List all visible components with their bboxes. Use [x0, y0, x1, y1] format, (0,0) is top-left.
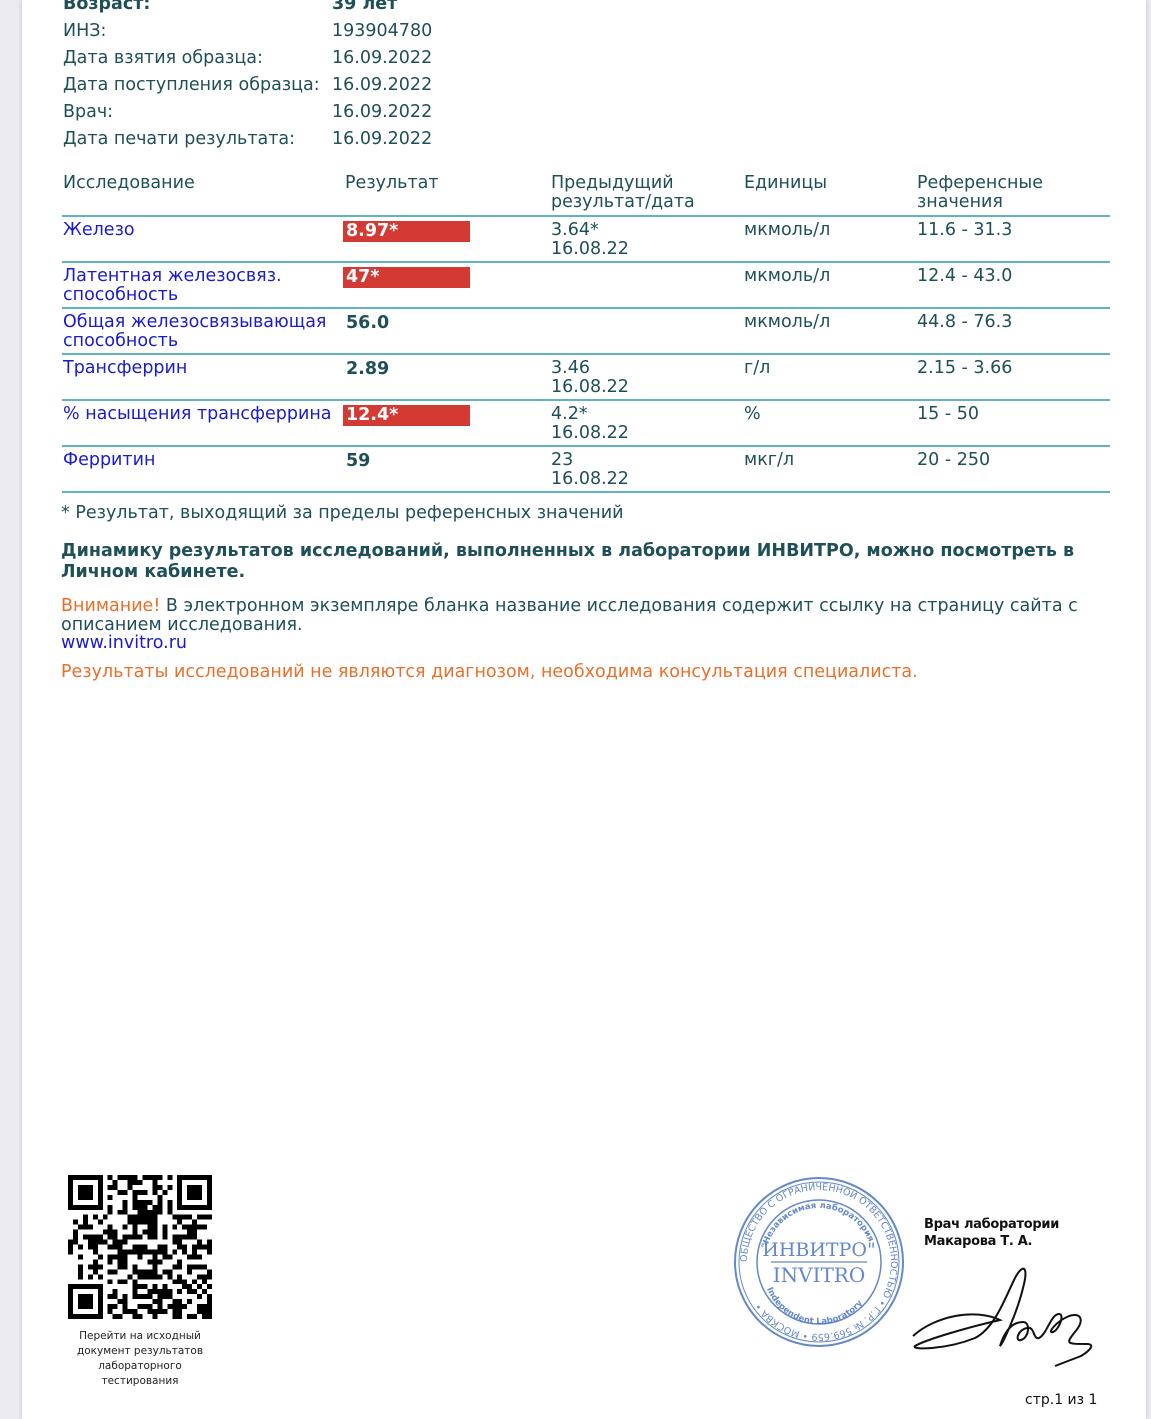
units: %	[744, 405, 761, 424]
row-divider	[62, 261, 1110, 263]
doctor-name: Макарова Т. А.	[924, 1233, 1059, 1250]
field-label: Врач:	[63, 102, 332, 122]
row-divider	[62, 215, 1110, 217]
patient-field: Возраст:39 лет	[63, 0, 397, 14]
study-name-link[interactable]: Железо	[63, 221, 338, 240]
units: мкмоль/л	[744, 267, 830, 286]
warning-label: Внимание!	[61, 596, 160, 616]
doctor-role: Врач лаборатории	[924, 1216, 1059, 1233]
result-value: 59	[343, 451, 470, 472]
field-value: 39 лет	[332, 0, 397, 14]
field-label: Дата печати результата:	[63, 129, 332, 149]
lab-doctor: Врач лаборатории Макарова Т. А.	[924, 1216, 1059, 1250]
study-name-link[interactable]: Общая железосвязывающая способность	[63, 313, 338, 351]
result-value: 56.0	[343, 313, 470, 334]
header-study: Исследование	[63, 174, 195, 193]
reference-range: 15 - 50	[917, 405, 979, 424]
warning-note: Внимание! В электронном экземпляре бланк…	[61, 597, 1121, 635]
study-name-link[interactable]: Латентная железосвяз. способность	[63, 267, 338, 305]
row-divider	[62, 445, 1110, 447]
row-divider	[62, 491, 1110, 493]
field-value: 193904780	[332, 21, 432, 41]
units: мкмоль/л	[744, 221, 830, 240]
header-ref-1: Референсные	[917, 174, 1043, 193]
row-divider	[62, 399, 1110, 401]
website-link[interactable]: www.invitro.ru	[61, 633, 187, 653]
row-divider	[62, 307, 1110, 309]
previous-result: 3.46	[551, 359, 590, 378]
field-label: Дата взятия образца:	[63, 48, 332, 68]
field-label: Дата поступления образца:	[63, 75, 332, 95]
patient-field: Дата печати результата:16.09.2022	[63, 129, 432, 149]
field-value: 16.09.2022	[332, 129, 432, 149]
patient-field: Врач:16.09.2022	[63, 102, 432, 122]
reference-range: 20 - 250	[917, 451, 990, 470]
dynamics-note: Динамику результатов исследований, выпол…	[61, 541, 1121, 583]
field-label: Возраст:	[63, 0, 332, 14]
svg-text:INVITRO: INVITRO	[773, 1263, 866, 1287]
svg-text:ИНВИТРО": ИНВИТРО"	[762, 1239, 875, 1261]
header-result: Результат	[345, 174, 439, 193]
header-units: Единицы	[744, 174, 827, 193]
reference-range: 12.4 - 43.0	[917, 267, 1012, 286]
header-prev-1: Предыдущий	[551, 174, 674, 193]
study-name-link[interactable]: Трансферрин	[63, 359, 338, 378]
field-label: ИНЗ:	[63, 21, 332, 41]
previous-result: 23	[551, 451, 573, 470]
result-value: 12.4*	[343, 405, 470, 426]
results-table-header: Исследование Результат Предыдущий резуль…	[0, 173, 1151, 215]
units: мкмоль/л	[744, 313, 830, 332]
reference-range: 11.6 - 31.3	[917, 221, 1012, 240]
previous-date: 16.08.22	[551, 240, 629, 259]
reference-range: 2.15 - 3.66	[917, 359, 1012, 378]
reference-range: 44.8 - 76.3	[917, 313, 1012, 332]
invitro-stamp-icon: ОБЩЕСТВО С ОГРАНИЧЕННОЙ ОТВЕТСТВЕННОСТЬЮ…	[733, 1176, 905, 1348]
result-value: 2.89	[343, 359, 470, 380]
field-value: 16.09.2022	[332, 75, 432, 95]
header-prev-2: результат/дата	[551, 193, 695, 212]
patient-field: Дата взятия образца:16.09.2022	[63, 48, 432, 68]
previous-result: 3.64*	[551, 221, 599, 240]
previous-date: 16.08.22	[551, 424, 629, 443]
footnote: * Результат, выходящий за пределы рефере…	[61, 503, 623, 523]
previous-date: 16.08.22	[551, 470, 629, 489]
previous-result: 4.2*	[551, 405, 588, 424]
result-value: 8.97*	[343, 221, 470, 242]
qr-code-icon[interactable]	[68, 1175, 212, 1319]
study-name-link[interactable]: Ферритин	[63, 451, 338, 470]
field-value: 16.09.2022	[332, 102, 432, 122]
header-ref-2: значения	[917, 193, 1003, 212]
patient-field: ИНЗ:193904780	[63, 21, 432, 41]
signature-icon	[905, 1258, 1105, 1368]
patient-field: Дата поступления образца:16.09.2022	[63, 75, 432, 95]
qr-caption: Перейти на исходный документ результатов…	[60, 1329, 220, 1389]
study-name-link[interactable]: % насыщения трансферрина	[63, 405, 338, 424]
previous-date: 16.08.22	[551, 378, 629, 397]
field-value: 16.09.2022	[332, 48, 432, 68]
units: мкг/л	[744, 451, 794, 470]
row-divider	[62, 353, 1110, 355]
disclaimer: Результаты исследований не являются диаг…	[61, 662, 918, 682]
page-number: стр.1 из 1	[1025, 1392, 1097, 1408]
units: г/л	[744, 359, 770, 378]
result-value: 47*	[343, 267, 470, 288]
warning-text: В электронном экземпляре бланка название…	[61, 596, 1078, 635]
